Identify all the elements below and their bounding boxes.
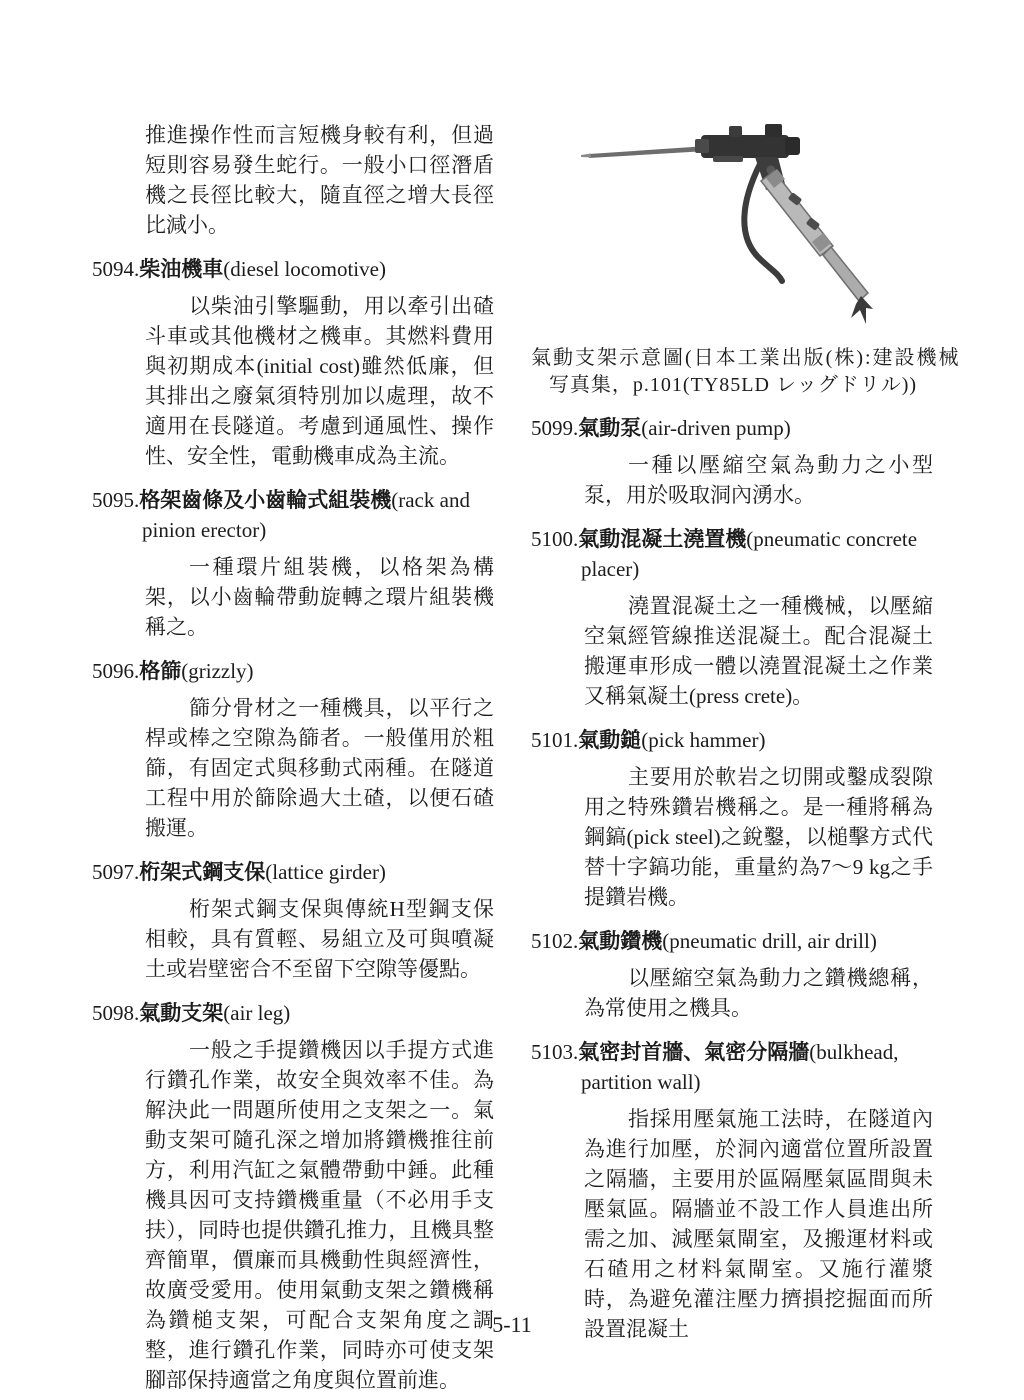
drill-chuck bbox=[695, 139, 709, 153]
figure-caption: 氣動支架示意圖(日本工業出版(株):建設機械 写真集，p.101(TY85LD … bbox=[531, 345, 935, 399]
leg-foot-claw bbox=[851, 296, 873, 324]
entry-term: 格篩 bbox=[139, 659, 181, 683]
entry-number: 5103. bbox=[531, 1040, 578, 1064]
entry-term: 氣動泵 bbox=[578, 416, 641, 440]
drill-rod bbox=[589, 146, 707, 158]
entry-number: 5099. bbox=[531, 416, 578, 440]
drill-side-detail bbox=[713, 156, 743, 162]
entry-body: 指採用壓氣施工法時，在隧道內為進行加壓，於洞內適當位置所設置之隔牆，主要用於區隔… bbox=[584, 1104, 933, 1344]
air-leg-lower-cylinder bbox=[823, 247, 868, 301]
entry-heading: 5094.柴油機車(diesel locomotive) bbox=[92, 254, 494, 284]
entry-body: 以柴油引擎驅動，用以牽引出碴斗車或其他機材之機車。其燃料費用與初期成本(init… bbox=[145, 291, 494, 471]
entry-term-english: (diesel locomotive) bbox=[223, 257, 386, 281]
entry-heading: 5103.氣密封首牆、氣密分隔牆(bulkhead, partition wal… bbox=[531, 1037, 935, 1097]
drill-rod-tip bbox=[581, 154, 591, 158]
entry-term-english: (pick hammer) bbox=[641, 728, 765, 752]
entry-term: 氣動混凝土澆置機 bbox=[578, 527, 746, 551]
glossary-entry-5094: 5094.柴油機車(diesel locomotive) 以柴油引擎驅動，用以牽… bbox=[92, 254, 494, 471]
entry-term-english: (pneumatic drill, air drill) bbox=[662, 929, 877, 953]
entry-number: 5094. bbox=[92, 257, 139, 281]
glossary-entry-5102: 5102.氣動鑽機(pneumatic drill, air drill) 以壓… bbox=[531, 926, 935, 1023]
entry-term: 桁架式鋼支保 bbox=[139, 860, 265, 884]
entry-term: 氣動鎚 bbox=[578, 728, 641, 752]
continuation-paragraph: 推進操作性而言短機身較有利，但過短則容易發生蛇行。一般小口徑潛盾機之長徑比較大，… bbox=[145, 120, 494, 240]
entry-heading: 5101.氣動鎚(pick hammer) bbox=[531, 725, 935, 755]
entry-heading: 5102.氣動鑽機(pneumatic drill, air drill) bbox=[531, 926, 935, 956]
entry-body: 一種環片組裝機，以格架為構架，以小齒輪帶動旋轉之環片組裝機稱之。 bbox=[145, 552, 494, 642]
entry-heading: 5099.氣動泵(air-driven pump) bbox=[531, 413, 935, 443]
entry-number: 5102. bbox=[531, 929, 578, 953]
figure-caption-line1: 氣動支架示意圖(日本工業出版(株):建設機械 bbox=[531, 345, 935, 372]
glossary-entry-5103: 5103.氣密封首牆、氣密分隔牆(bulkhead, partition wal… bbox=[531, 1037, 935, 1344]
drill-top-knob-right bbox=[765, 124, 782, 137]
entry-heading: 5096.格篩(grizzly) bbox=[92, 656, 494, 686]
glossary-entry-5101: 5101.氣動鎚(pick hammer) 主要用於軟岩之切開或鑿成裂隙用之特殊… bbox=[531, 725, 935, 912]
entry-body: 一般之手提鑽機因以手提方式進行鑽孔作業，故安全與效率不佳。為解決此一問題所使用之… bbox=[145, 1035, 494, 1395]
entry-number: 5101. bbox=[531, 728, 578, 752]
drill-top-knob-left bbox=[729, 126, 742, 137]
page-number: 5-11 bbox=[0, 1312, 1024, 1338]
entry-term: 格架齒條及小齒輪式組裝機 bbox=[139, 488, 391, 512]
entry-body: 桁架式鋼支保與傳統H型鋼支保相較，具有質輕、易組立及可與噴凝土或岩壁密合不至留下… bbox=[145, 894, 494, 984]
entry-heading: 5100.氣動混凝土澆置機(pneumatic concrete placer) bbox=[531, 524, 935, 584]
entry-term: 氣密封首牆、氣密分隔牆 bbox=[578, 1040, 809, 1064]
entry-number: 5096. bbox=[92, 659, 139, 683]
entry-body: 主要用於軟岩之切開或鑿成裂隙用之特殊鑽岩機稱之。是一種將稱為鋼鎬(pick st… bbox=[584, 762, 933, 912]
entry-term-english: (air leg) bbox=[223, 1001, 290, 1025]
left-column: 推進操作性而言短機身較有利，但過短則容易發生蛇行。一般小口徑潛盾機之長徑比較大，… bbox=[92, 120, 494, 1395]
figure-caption-line2: 写真集，p.101(TY85LD レッグドリル)) bbox=[531, 372, 935, 399]
entry-term: 柴油機車 bbox=[139, 257, 223, 281]
glossary-entry-5096: 5096.格篩(grizzly) 篩分骨材之一種機具，以平行之桿或棒之空隙為篩者… bbox=[92, 656, 494, 843]
glossary-entry-5100: 5100.氣動混凝土澆置機(pneumatic concrete placer)… bbox=[531, 524, 935, 711]
entry-term: 氣動支架 bbox=[139, 1001, 223, 1025]
figure-air-leg-drill: 氣動支架示意圖(日本工業出版(株):建設機械 写真集，p.101(TY85LD … bbox=[531, 112, 935, 399]
glossary-entry-5099: 5099.氣動泵(air-driven pump) 一種以壓縮空氣為動力之小型泵… bbox=[531, 413, 935, 510]
entry-body: 一種以壓縮空氣為動力之小型泵，用於吸取洞內湧水。 bbox=[584, 450, 933, 510]
drill-backhead bbox=[785, 137, 800, 155]
entry-heading: 5095.格架齒條及小齒輪式組裝機(rack and pinion erecto… bbox=[92, 485, 494, 545]
entry-body: 以壓縮空氣為動力之鑽機總稱，為常使用之機具。 bbox=[584, 963, 933, 1023]
entry-body: 澆置混凝土之一種機械，以壓縮空氣經管線推送混凝土。配合混凝土搬運車形成一體以澆置… bbox=[584, 591, 933, 711]
entry-term-english: (air-driven pump) bbox=[641, 416, 790, 440]
entry-heading: 5098.氣動支架(air leg) bbox=[92, 998, 494, 1028]
glossary-entry-5095: 5095.格架齒條及小齒輪式組裝機(rack and pinion erecto… bbox=[92, 485, 494, 642]
entry-number: 5095. bbox=[92, 488, 139, 512]
glossary-entry-5097: 5097.桁架式鋼支保(lattice girder) 桁架式鋼支保與傳統H型鋼… bbox=[92, 857, 494, 984]
entry-number: 5098. bbox=[92, 1001, 139, 1025]
entry-number: 5100. bbox=[531, 527, 578, 551]
entry-body: 篩分骨材之一種機具，以平行之桿或棒之空隙為篩者。一般僅用於粗篩，有固定式與移動式… bbox=[145, 693, 494, 843]
entry-number: 5097. bbox=[92, 860, 139, 884]
right-column: 氣動支架示意圖(日本工業出版(株):建設機械 写真集，p.101(TY85LD … bbox=[531, 112, 935, 1344]
entry-term-english: (grizzly) bbox=[181, 659, 253, 683]
entry-heading: 5097.桁架式鋼支保(lattice girder) bbox=[92, 857, 494, 887]
entry-term-english: (lattice girder) bbox=[265, 860, 386, 884]
entry-term: 氣動鑽機 bbox=[578, 929, 662, 953]
drill-body bbox=[701, 135, 789, 158]
air-leg-drill-photo bbox=[531, 112, 935, 345]
